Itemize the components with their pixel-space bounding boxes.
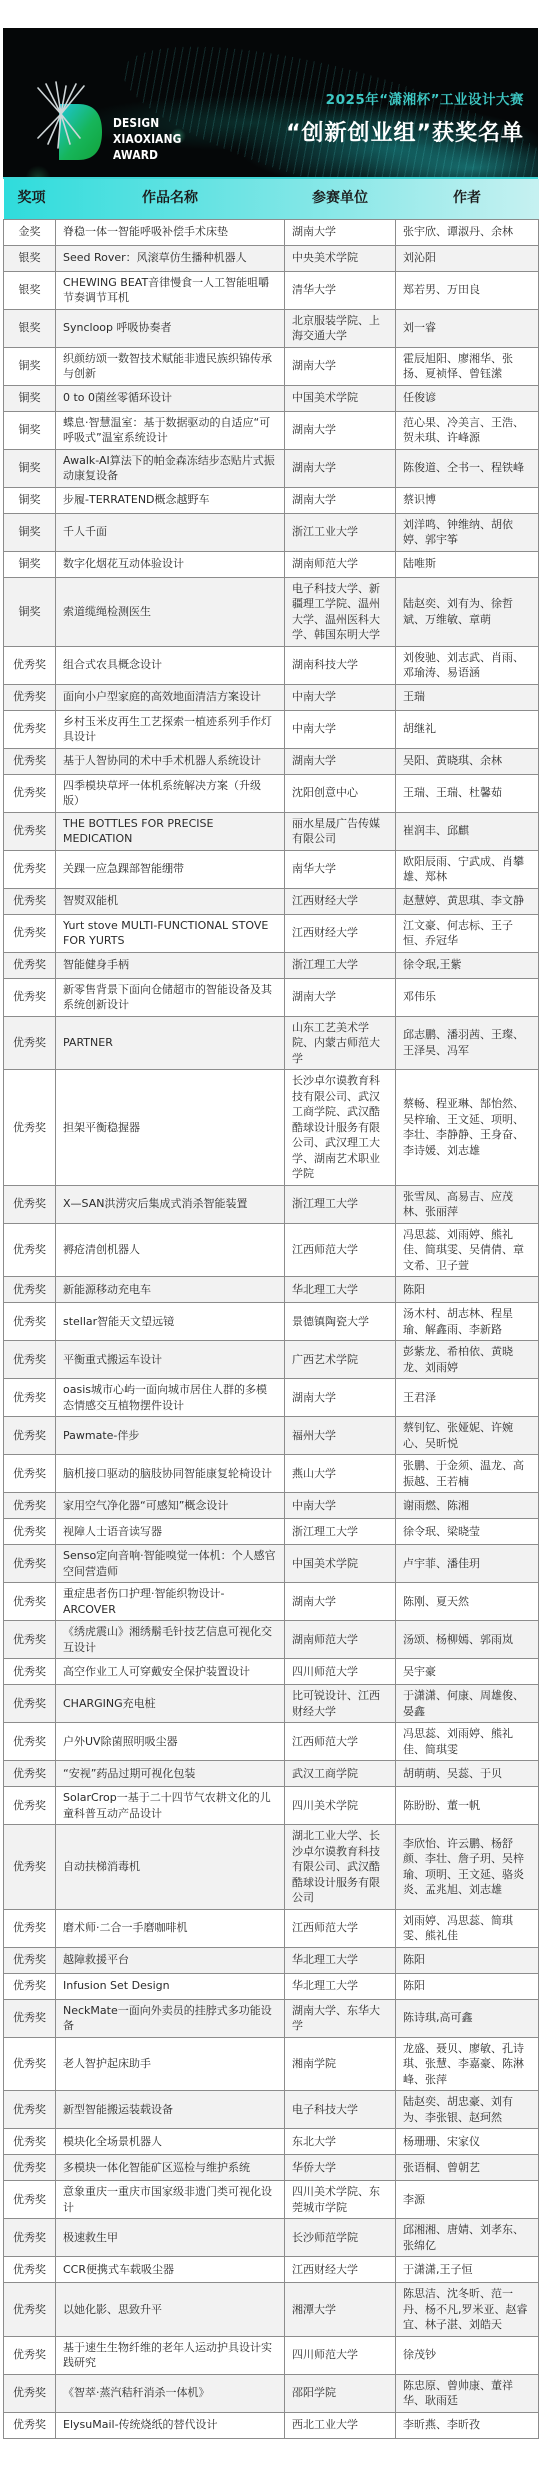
table-row: 优秀奖重症患者伤口护理·智能织物设计-ARCOVER湖南大学陈刚、夏天然 (4, 1583, 539, 1621)
author-cell: 陆赵奕、刘有为、徐哲斌、万维敏、章萌 (396, 577, 539, 646)
work-title-cell: 高空作业工人可穿戴安全保护装置设计 (56, 1659, 285, 1685)
author-cell: 汤颂、杨柳嫣、郭雨岚 (396, 1621, 539, 1659)
author-cell: 蔡识博 (396, 487, 539, 513)
participating-unit-cell: 湖南大学 (285, 1583, 396, 1621)
work-title-cell: 四季模块草坪一体机系统解决方案（升级版） (56, 774, 285, 812)
author-cell: 卢宇菲、潘佳玥 (396, 1545, 539, 1583)
author-cell: 陈刚、夏天然 (396, 1583, 539, 1621)
award-cell: 铜奖 (4, 411, 56, 449)
participating-unit-cell: 四川师范大学 (285, 1659, 396, 1685)
work-title-cell: 褥疮清创机器人 (56, 1223, 285, 1277)
work-title-cell: 《智萃·蒸汽秸秆消杀一体机》 (56, 2374, 285, 2412)
table-row: 优秀奖“安视”药品过期可视化包装武汉工商学院胡萌萌、吴蕊、于贝 (4, 1761, 539, 1787)
participating-unit-cell: 湖南大学 (285, 347, 396, 385)
award-cell: 优秀奖 (4, 1909, 56, 1947)
participating-unit-cell: 浙江工业大学 (285, 513, 396, 551)
award-cell: 优秀奖 (4, 646, 56, 684)
work-title-cell: X—SAN洪涝灾后集成式消杀智能装置 (56, 1185, 285, 1223)
table-row: 铜奖织颜纺颂一数智技术赋能非遗民族织锦传承与创新湖南大学霍辰旭阳、廖湘华、张扬、… (4, 347, 539, 385)
logo-d-mark-icon (36, 64, 106, 162)
author-cell: 陈阳 (396, 1277, 539, 1303)
table-row: 优秀奖意象重庆一重庆市国家级非遗门类可视化设计四川美术学院、东莞城市学院李源 (4, 2181, 539, 2219)
award-cell: 铜奖 (4, 487, 56, 513)
award-cell: 优秀奖 (4, 1685, 56, 1723)
author-cell: 王瑞、王瑞、杜馨茹 (396, 774, 539, 812)
participating-unit-cell: 湖南大学 (285, 487, 396, 513)
award-cell: 优秀奖 (4, 1761, 56, 1787)
work-title-cell: 织颜纺颂一数智技术赋能非遗民族织锦传承与创新 (56, 347, 285, 385)
author-cell: 刘沁阳 (396, 245, 539, 271)
table-header: 奖项 作品名称 参赛单位 作者 (4, 179, 539, 219)
award-cell: 优秀奖 (4, 1787, 56, 1825)
table-row: 优秀奖基于人智协同的术中手术机器人系统设计湖南大学吴阳、黄晓琪、余林 (4, 748, 539, 774)
author-cell: 陆赵奕、胡忠豪、刘有为、李张银、赵珂然 (396, 2091, 539, 2129)
work-title-cell: 蝶息·智慧温室：基于数据驱动的自适应“可呼吸式”温室系统设计 (56, 411, 285, 449)
table-row: 银奖CHEWING BEAT音律慢食一人工智能咀嚼节奏调节耳机清华大学郑若男、万… (4, 271, 539, 309)
banner-title-block: 2025年“潇湘杯”工业设计大赛 “创新创业组”获奖名单 (286, 88, 524, 147)
author-cell: 蔡钊钇、张娅妮、许婉心、吴昕悦 (396, 1417, 539, 1455)
author-cell: 陈忠原、曾帅康、董祥华、耿雨廷 (396, 2374, 539, 2412)
work-title-cell: stellar智能天文望远镜 (56, 1303, 285, 1341)
award-cell: 优秀奖 (4, 1417, 56, 1455)
participating-unit-cell: 中国美术学院 (285, 1545, 396, 1583)
author-cell: 李昕燕、李昕孜 (396, 2412, 539, 2438)
author-cell: 刘俊驰、刘志武、肖雨、邓瑜涛、易语涵 (396, 646, 539, 684)
author-cell: 徐茂钞 (396, 2336, 539, 2374)
award-cell: 铜奖 (4, 577, 56, 646)
logo-line-2: XIAOXIANG (113, 131, 182, 147)
participating-unit-cell: 湖南科技大学 (285, 646, 396, 684)
participating-unit-cell: 四川师范大学 (285, 2336, 396, 2374)
work-title-cell: 0 to 0菌丝零循环设计 (56, 385, 285, 411)
participating-unit-cell: 湘南学院 (285, 2037, 396, 2091)
author-cell: 江文豪、何志标、王子恒、乔冠华 (396, 914, 539, 952)
award-cell: 金奖 (4, 219, 56, 245)
work-title-cell: Yurt stove MULTI-FUNCTIONAL STOVE FOR YU… (56, 914, 285, 952)
work-title-cell: 担架平衡稳握器 (56, 1070, 285, 1186)
table-row: 优秀奖智能健身手柄浙江理工大学徐令珉,王紫 (4, 952, 539, 978)
table-row: 优秀奖Pawmate-伴步福州大学蔡钊钇、张娅妮、许婉心、吴昕悦 (4, 1417, 539, 1455)
work-title-cell: Infusion Set Design (56, 1973, 285, 1999)
table-row: 铜奖蝶息·智慧温室：基于数据驱动的自适应“可呼吸式”温室系统设计湖南大学范心果、… (4, 411, 539, 449)
participating-unit-cell: 比可锐设计、江西财经大学 (285, 1685, 396, 1723)
award-cell: 优秀奖 (4, 2091, 56, 2129)
award-cell: 优秀奖 (4, 1277, 56, 1303)
author-cell: 胡继礼 (396, 710, 539, 748)
work-title-cell: SolarCrop一基于二十四节气农耕文化的儿童科普互动产品设计 (56, 1787, 285, 1825)
author-cell: 陈俊道、仝书一、程铁峰 (396, 449, 539, 487)
work-title-cell: 户外UV除菌照明吸尘器 (56, 1723, 285, 1761)
header-author: 作者 (396, 179, 539, 219)
author-cell: 汤木村、胡志林、程星瑜、解鑫雨、李新路 (396, 1303, 539, 1341)
author-cell: 冯思蕊、刘雨婷、熊礼佳、简琪雯、吴倩倩、章文希、卫子萱 (396, 1223, 539, 1277)
work-title-cell: 视障人士语音读写器 (56, 1519, 285, 1545)
table-row: 银奖Seed Rover：风滚草仿生播种机器人中央美术学院刘沁阳 (4, 245, 539, 271)
participating-unit-cell: 景德镇陶瓷大学 (285, 1303, 396, 1341)
table-row: 铜奖数字化烟花互动体验设计湖南师范大学陆唯斯 (4, 551, 539, 577)
award-cell: 优秀奖 (4, 812, 56, 850)
award-cell: 优秀奖 (4, 1723, 56, 1761)
table-row: 优秀奖家用空气净化器“可感知”概念设计中南大学谢雨燃、陈湘 (4, 1493, 539, 1519)
participating-unit-cell: 四川美术学院 (285, 1787, 396, 1825)
award-cell: 优秀奖 (4, 1999, 56, 2037)
participating-unit-cell: 东北大学 (285, 2129, 396, 2155)
participating-unit-cell: 中南大学 (285, 710, 396, 748)
author-cell: 张鹏、于金须、温龙、高振越、王若楠 (396, 1455, 539, 1493)
table-row: 铜奖索道缆绳检测医生电子科技大学、新疆理工学院、温州大学、温州医科大学、韩国东明… (4, 577, 539, 646)
work-title-cell: “安视”药品过期可视化包装 (56, 1761, 285, 1787)
work-title-cell: 关踝一应急踝部智能绷带 (56, 850, 285, 888)
author-cell: 冯思蕊、刘雨婷、熊礼佳、简琪雯 (396, 1723, 539, 1761)
work-title-cell: 越障救援平台 (56, 1947, 285, 1973)
author-cell: 范心果、冷美言、王浩、贺未琪、许峰源 (396, 411, 539, 449)
participating-unit-cell: 浙江理工大学 (285, 952, 396, 978)
work-title-cell: 极速救生甲 (56, 2219, 285, 2257)
author-cell: 王瑞 (396, 684, 539, 710)
participating-unit-cell: 西北工业大学 (285, 2412, 396, 2438)
table-row: 优秀奖PARTNER山东工艺美术学院、内蒙古师范大学邱志鹏、潘羽茜、王璨、王泽昊… (4, 1016, 539, 1070)
author-cell: 霍辰旭阳、廖湘华、张扬、夏祯怿、曾钰潆 (396, 347, 539, 385)
table-row: 优秀奖《智萃·蒸汽秸秆消杀一体机》邵阳学院陈忠原、曾帅康、董祥华、耿雨廷 (4, 2374, 539, 2412)
table-row: 优秀奖新型智能搬运装载设备电子科技大学陆赵奕、胡忠豪、刘有为、李张银、赵珂然 (4, 2091, 539, 2129)
author-cell: 彭紫龙、希柏依、黄晓龙、刘雨婷 (396, 1341, 539, 1379)
participating-unit-cell: 沈阳创意中心 (285, 774, 396, 812)
participating-unit-cell: 武汉工商学院 (285, 1761, 396, 1787)
award-cell: 优秀奖 (4, 1223, 56, 1277)
work-title-cell: 组合式农具概念设计 (56, 646, 285, 684)
award-cell: 优秀奖 (4, 1341, 56, 1379)
work-title-cell: Syncloop 呼吸协奏者 (56, 309, 285, 347)
award-cell: 优秀奖 (4, 914, 56, 952)
participating-unit-cell: 中国美术学院 (285, 385, 396, 411)
table-row: 铜奖Awalk-AI算法下的帕金森冻结步态贴片式振动康复设备湖南大学陈俊道、仝书… (4, 449, 539, 487)
award-cell: 优秀奖 (4, 1303, 56, 1341)
table-row: 优秀奖oasis城市心屿一面向城市居住人群的多模态情感交互植物摆件设计湖南大学王… (4, 1379, 539, 1417)
award-cell: 优秀奖 (4, 2412, 56, 2438)
table-row: 金奖脊稳一体一智能呼吸补偿手术床垫湖南大学张宇欣、谭淑丹、余林 (4, 219, 539, 245)
table-row: 优秀奖视障人士语音读写器浙江理工大学徐令珉、梁晓莹 (4, 1519, 539, 1545)
work-title-cell: CCR便携式车载吸尘器 (56, 2257, 285, 2283)
participating-unit-cell: 江西师范大学 (285, 1909, 396, 1947)
work-title-cell: 重症患者伤口护理·智能织物设计-ARCOVER (56, 1583, 285, 1621)
table-body: 金奖脊稳一体一智能呼吸补偿手术床垫湖南大学张宇欣、谭淑丹、余林银奖Seed Ro… (4, 219, 539, 2438)
table-row: 优秀奖《绣虎震山》湘绣鬅毛针技艺信息可视化交互设计湖南师范大学汤颂、杨柳嫣、郭雨… (4, 1621, 539, 1659)
work-title-cell: 脊稳一体一智能呼吸补偿手术床垫 (56, 219, 285, 245)
author-cell: 陈盼盼、董一帆 (396, 1787, 539, 1825)
table-row: 优秀奖新零售背景下面向仓储超市的智能设备及其系统创新设计湖南大学邓伟乐 (4, 978, 539, 1016)
work-title-cell: NeckMate一面向外卖员的挂脖式多功能设备 (56, 1999, 285, 2037)
participating-unit-cell: 福州大学 (285, 1417, 396, 1455)
table-row: 优秀奖X—SAN洪涝灾后集成式消杀智能装置浙江理工大学张雪凤、高易吉、应茂林、张… (4, 1185, 539, 1223)
table-row: 优秀奖磨术师·二合一手磨咖啡机江西师范大学刘雨婷、冯思蕊、简琪雯、熊礼佳 (4, 1909, 539, 1947)
participating-unit-cell: 电子科技大学、新疆理工学院、温州大学、温州医科大学、韩国东明大学 (285, 577, 396, 646)
work-title-cell: 平衡重式搬运车设计 (56, 1341, 285, 1379)
page-title: “创新创业组”获奖名单 (286, 116, 524, 147)
work-title-cell: 智熨双能机 (56, 888, 285, 914)
award-cell: 优秀奖 (4, 684, 56, 710)
work-title-cell: 新能源移动充电车 (56, 1277, 285, 1303)
table-row: 优秀奖极速救生甲长沙师范学院邱湘湘、唐婧、刘孝东、张绵亿 (4, 2219, 539, 2257)
participating-unit-cell: 湘潭大学 (285, 2283, 396, 2337)
participating-unit-cell: 湖南师范大学 (285, 1621, 396, 1659)
work-title-cell: Seed Rover：风滚草仿生播种机器人 (56, 245, 285, 271)
logo-line-1: DESIGN (113, 115, 182, 131)
work-title-cell: 智能健身手柄 (56, 952, 285, 978)
work-title-cell: 千人千面 (56, 513, 285, 551)
work-title-cell: ElysuMail-传统烧纸的替代设计 (56, 2412, 285, 2438)
award-cell: 优秀奖 (4, 1070, 56, 1186)
participating-unit-cell: 江西财经大学 (285, 2257, 396, 2283)
table-row: 优秀奖THE BOTTLES FOR PRECISE MEDICATION丽水星… (4, 812, 539, 850)
table-row: 优秀奖乡村玉米皮再生工艺探索一植迹系列手作灯具设计中南大学胡继礼 (4, 710, 539, 748)
author-cell: 刘一睿 (396, 309, 539, 347)
table-row: 银奖Syncloop 呼吸协奏者北京服装学院、上海交通大学刘一睿 (4, 309, 539, 347)
table-row: 优秀奖四季模块草坪一体机系统解决方案（升级版）沈阳创意中心王瑞、王瑞、杜馨茹 (4, 774, 539, 812)
participating-unit-cell: 湖南大学 (285, 411, 396, 449)
award-cell: 优秀奖 (4, 2037, 56, 2091)
participating-unit-cell: 江西财经大学 (285, 888, 396, 914)
table-row: 优秀奖新能源移动充电车华北理工大学陈阳 (4, 1277, 539, 1303)
table-row: 优秀奖组合式农具概念设计湖南科技大学刘俊驰、刘志武、肖雨、邓瑜涛、易语涵 (4, 646, 539, 684)
award-cell: 优秀奖 (4, 1545, 56, 1583)
logo-line-3: AWARD (113, 147, 182, 163)
award-cell: 铜奖 (4, 513, 56, 551)
work-title-cell: 以她化影、思致升平 (56, 2283, 285, 2337)
work-title-cell: 多模块一体化智能矿区巡检与维护系统 (56, 2155, 285, 2181)
work-title-cell: 脑机接口驱动的脑肢协同智能康复轮椅设计 (56, 1455, 285, 1493)
table-row: 铜奖千人千面浙江工业大学刘洋鸣、钟维纳、胡依婷、郭宇筝 (4, 513, 539, 551)
participating-unit-cell: 浙江理工大学 (285, 1519, 396, 1545)
author-cell: 陈诗琪,高可鑫 (396, 1999, 539, 2037)
author-cell: 陈思洁、沈冬昕、范一丹、杨不凡,罗米亚、赵睿宜、林子湛、刘皓天 (396, 2283, 539, 2337)
award-cell: 优秀奖 (4, 1455, 56, 1493)
table-row: 优秀奖Yurt stove MULTI-FUNCTIONAL STOVE FOR… (4, 914, 539, 952)
participating-unit-cell: 中南大学 (285, 684, 396, 710)
award-cell: 优秀奖 (4, 1519, 56, 1545)
header-unit: 参赛单位 (285, 179, 396, 219)
author-cell: 邓伟乐 (396, 978, 539, 1016)
author-cell: 于潇潇、何康、周雄俊、晏鑫 (396, 1685, 539, 1723)
table-row: 优秀奖面向小户型家庭的高效地面清洁方案设计中南大学王瑞 (4, 684, 539, 710)
award-cell: 优秀奖 (4, 2181, 56, 2219)
table-row: 优秀奖CCR便携式车载吸尘器江西财经大学于潇潇,王子恒 (4, 2257, 539, 2283)
author-cell: 龙盛、聂贝、廖敏、孔诗琪、张慧、李嘉豪、陈淋峰、张萍 (396, 2037, 539, 2091)
table-row: 优秀奖平衡重式搬运车设计广西艺术学院彭紫龙、希柏依、黄晓龙、刘雨婷 (4, 1341, 539, 1379)
award-cell: 优秀奖 (4, 1973, 56, 1999)
participating-unit-cell: 邵阳学院 (285, 2374, 396, 2412)
table-row: 优秀奖基于速生生物纤维的老年人运动护具设计实践研究四川师范大学徐茂钞 (4, 2336, 539, 2374)
author-cell: 赵慧婷、黄思琪、李文静 (396, 888, 539, 914)
logo-wordmark: DESIGN XIAOXIANG AWARD (113, 115, 182, 163)
award-cell: 优秀奖 (4, 2283, 56, 2337)
award-cell: 优秀奖 (4, 710, 56, 748)
participating-unit-cell: 北京服装学院、上海交通大学 (285, 309, 396, 347)
author-cell: 刘洋鸣、钟维纳、胡依婷、郭宇筝 (396, 513, 539, 551)
participating-unit-cell: 华北理工大学 (285, 1277, 396, 1303)
work-title-cell: 面向小户型家庭的高效地面清洁方案设计 (56, 684, 285, 710)
work-title-cell: 新型智能搬运装载设备 (56, 2091, 285, 2129)
award-cell: 优秀奖 (4, 774, 56, 812)
table-row: 优秀奖Senso定向音响·智能嗅觉一体机：个人感官空间营造师中国美术学院卢宇菲、… (4, 1545, 539, 1583)
top-whitespace (0, 0, 541, 28)
participating-unit-cell: 长沙卓尔谟教育科技有限公司、武汉工商学院、武汉酷酷球设计服务有限公司、武汉理工大… (285, 1070, 396, 1186)
participating-unit-cell: 清华大学 (285, 271, 396, 309)
award-cell: 优秀奖 (4, 1583, 56, 1621)
author-cell: 李源 (396, 2181, 539, 2219)
author-cell: 邱志鹏、潘羽茜、王璨、王泽昊、冯军 (396, 1016, 539, 1070)
table-row: 优秀奖模块化全场景机器人东北大学杨珊珊、宋家仪 (4, 2129, 539, 2155)
author-cell: 崔润丰、邱麒 (396, 812, 539, 850)
award-cell: 优秀奖 (4, 2374, 56, 2412)
award-cell: 铜奖 (4, 551, 56, 577)
header-award: 奖项 (4, 179, 56, 219)
participating-unit-cell: 华侨大学 (285, 2155, 396, 2181)
award-cell: 优秀奖 (4, 1659, 56, 1685)
award-cell: 铜奖 (4, 449, 56, 487)
work-title-cell: 数字化烟花互动体验设计 (56, 551, 285, 577)
author-cell: 徐令珉,王紫 (396, 952, 539, 978)
table-row: 优秀奖stellar智能天文望远镜景德镇陶瓷大学汤木村、胡志林、程星瑜、解鑫雨、… (4, 1303, 539, 1341)
work-title-cell: Senso定向音响·智能嗅觉一体机：个人感官空间营造师 (56, 1545, 285, 1583)
award-cell: 优秀奖 (4, 850, 56, 888)
award-cell: 优秀奖 (4, 952, 56, 978)
participating-unit-cell: 丽水星晟广告传媒有限公司 (285, 812, 396, 850)
award-cell: 优秀奖 (4, 2336, 56, 2374)
author-cell: 郑若男、万田良 (396, 271, 539, 309)
table-row: 铜奖步履-TERRATEND概念越野车湖南大学蔡识博 (4, 487, 539, 513)
table-row: 优秀奖脑机接口驱动的脑肢协同智能康复轮椅设计燕山大学张鹏、于金须、温龙、高振越、… (4, 1455, 539, 1493)
table-row: 优秀奖户外UV除菌照明吸尘器江西师范大学冯思蕊、刘雨婷、熊礼佳、简琪雯 (4, 1723, 539, 1761)
author-cell: 杨珊珊、宋家仪 (396, 2129, 539, 2155)
award-cell: 银奖 (4, 245, 56, 271)
participating-unit-cell: 广西艺术学院 (285, 1341, 396, 1379)
author-cell: 张宇欣、谭淑丹、余林 (396, 219, 539, 245)
award-cell: 优秀奖 (4, 888, 56, 914)
work-title-cell: CHEWING BEAT音律慢食一人工智能咀嚼节奏调节耳机 (56, 271, 285, 309)
work-title-cell: 《绣虎震山》湘绣鬅毛针技艺信息可视化交互设计 (56, 1621, 285, 1659)
table-row: 优秀奖高空作业工人可穿戴安全保护装置设计四川师范大学吴宇豪 (4, 1659, 539, 1685)
author-cell: 陈阳 (396, 1947, 539, 1973)
work-title-cell: 步履-TERRATEND概念越野车 (56, 487, 285, 513)
work-title-cell: 磨术师·二合一手磨咖啡机 (56, 1909, 285, 1947)
award-cell: 优秀奖 (4, 2257, 56, 2283)
work-title-cell: Awalk-AI算法下的帕金森冻结步态贴片式振动康复设备 (56, 449, 285, 487)
award-cell: 优秀奖 (4, 748, 56, 774)
participating-unit-cell: 江西财经大学 (285, 914, 396, 952)
award-cell: 优秀奖 (4, 1016, 56, 1070)
award-cell: 优秀奖 (4, 1947, 56, 1973)
participating-unit-cell: 中南大学 (285, 1493, 396, 1519)
award-cell: 优秀奖 (4, 2129, 56, 2155)
table-row: 优秀奖越障救援平台华北理工大学陈阳 (4, 1947, 539, 1973)
work-title-cell: 模块化全场景机器人 (56, 2129, 285, 2155)
author-cell: 于潇潇,王子恒 (396, 2257, 539, 2283)
participating-unit-cell: 燕山大学 (285, 1455, 396, 1493)
participating-unit-cell: 四川美术学院、东莞城市学院 (285, 2181, 396, 2219)
work-title-cell: 索道缆绳检测医生 (56, 577, 285, 646)
participating-unit-cell: 湖南大学 (285, 219, 396, 245)
participating-unit-cell: 华北理工大学 (285, 1973, 396, 1999)
award-cell: 铜奖 (4, 347, 56, 385)
work-title-cell: Pawmate-伴步 (56, 1417, 285, 1455)
table-row: 优秀奖以她化影、思致升平湘潭大学陈思洁、沈冬昕、范一丹、杨不凡,罗米亚、赵睿宜、… (4, 2283, 539, 2337)
participating-unit-cell: 中央美术学院 (285, 245, 396, 271)
award-cell: 优秀奖 (4, 2219, 56, 2257)
work-title-cell: PARTNER (56, 1016, 285, 1070)
participating-unit-cell: 湖南大学 (285, 449, 396, 487)
competition-subtitle: 2025年“潇湘杯”工业设计大赛 (286, 88, 524, 108)
participating-unit-cell: 湖南大学 (285, 1379, 396, 1417)
author-cell: 谢雨燃、陈湘 (396, 1493, 539, 1519)
author-cell: 吴阳、黄晓琪、余林 (396, 748, 539, 774)
table-row: 优秀奖自动扶梯消毒机湖北工业大学、长沙卓尔谟教育科技有限公司、武汉酷酷球设计服务… (4, 1825, 539, 1910)
award-cell: 银奖 (4, 271, 56, 309)
author-cell: 胡萌萌、吴蕊、于贝 (396, 1761, 539, 1787)
author-cell: 张雪凤、高易吉、应茂林、张丽萍 (396, 1185, 539, 1223)
work-title-cell: 家用空气净化器“可感知”概念设计 (56, 1493, 285, 1519)
table-row: 优秀奖老人智护起床助手湘南学院龙盛、聂贝、廖敏、孔诗琪、张慧、李嘉豪、陈淋峰、张… (4, 2037, 539, 2091)
table-row: 优秀奖关踝一应急踝部智能绷带南华大学欧阳辰雨、宁武成、肖攀雄、郑林 (4, 850, 539, 888)
author-cell: 欧阳辰雨、宁武成、肖攀雄、郑林 (396, 850, 539, 888)
author-cell: 蔡畅、程亚琳、郜怡然、吴梓瑜、王文延、项明、李壮、李静静、王身奋、李诗媛、刘志雄 (396, 1070, 539, 1186)
award-cell: 银奖 (4, 309, 56, 347)
work-title-cell: oasis城市心屿一面向城市居住人群的多模态情感交互植物摆件设计 (56, 1379, 285, 1417)
author-cell: 吴宇豪 (396, 1659, 539, 1685)
award-cell: 优秀奖 (4, 1185, 56, 1223)
participating-unit-cell: 华北理工大学 (285, 1947, 396, 1973)
participating-unit-cell: 长沙师范学院 (285, 2219, 396, 2257)
author-cell: 任俊谚 (396, 385, 539, 411)
table-row: 优秀奖褥疮清创机器人江西师范大学冯思蕊、刘雨婷、熊礼佳、简琪雯、吴倩倩、章文希、… (4, 1223, 539, 1277)
participating-unit-cell: 浙江理工大学 (285, 1185, 396, 1223)
author-cell: 邱湘湘、唐婧、刘孝东、张绵亿 (396, 2219, 539, 2257)
award-cell: 优秀奖 (4, 1825, 56, 1910)
participating-unit-cell: 江西师范大学 (285, 1723, 396, 1761)
author-cell: 王君泽 (396, 1379, 539, 1417)
award-banner: DESIGN XIAOXIANG AWARD 2025年“潇湘杯”工业设计大赛 … (3, 28, 538, 179)
table-row: 优秀奖Infusion Set Design华北理工大学陈阳 (4, 1973, 539, 1999)
award-cell: 优秀奖 (4, 1379, 56, 1417)
table-row: 优秀奖NeckMate一面向外卖员的挂脖式多功能设备湖南大学、东华大学陈诗琪,高… (4, 1999, 539, 2037)
participating-unit-cell: 湖南大学 (285, 748, 396, 774)
participating-unit-cell: 南华大学 (285, 850, 396, 888)
work-title-cell: CHARGING充电桩 (56, 1685, 285, 1723)
work-title-cell: 自动扶梯消毒机 (56, 1825, 285, 1910)
author-cell: 刘雨婷、冯思蕊、简琪雯、熊礼佳 (396, 1909, 539, 1947)
award-cell: 铜奖 (4, 385, 56, 411)
author-cell: 陆唯斯 (396, 551, 539, 577)
participating-unit-cell: 湖南师范大学 (285, 551, 396, 577)
table-row: 优秀奖CHARGING充电桩比可锐设计、江西财经大学于潇潇、何康、周雄俊、晏鑫 (4, 1685, 539, 1723)
author-cell: 张语桐、曾朝艺 (396, 2155, 539, 2181)
awards-table: 奖项 作品名称 参赛单位 作者 金奖脊稳一体一智能呼吸补偿手术床垫湖南大学张宇欣… (3, 179, 539, 2439)
work-title-cell: 乡村玉米皮再生工艺探索一植迹系列手作灯具设计 (56, 710, 285, 748)
table-row: 优秀奖智熨双能机江西财经大学赵慧婷、黄思琪、李文静 (4, 888, 539, 914)
participating-unit-cell: 山东工艺美术学院、内蒙古师范大学 (285, 1016, 396, 1070)
participating-unit-cell: 湖南大学 (285, 978, 396, 1016)
award-cell: 优秀奖 (4, 1621, 56, 1659)
table-row: 优秀奖担架平衡稳握器长沙卓尔谟教育科技有限公司、武汉工商学院、武汉酷酷球设计服务… (4, 1070, 539, 1186)
table-row: 优秀奖ElysuMail-传统烧纸的替代设计西北工业大学李昕燕、李昕孜 (4, 2412, 539, 2438)
table-row: 铜奖0 to 0菌丝零循环设计中国美术学院任俊谚 (4, 385, 539, 411)
participating-unit-cell: 湖南大学、东华大学 (285, 1999, 396, 2037)
work-title-cell: 意象重庆一重庆市国家级非遗门类可视化设计 (56, 2181, 285, 2219)
work-title-cell: 基于人智协同的术中手术机器人系统设计 (56, 748, 285, 774)
header-work: 作品名称 (56, 179, 285, 219)
work-title-cell: THE BOTTLES FOR PRECISE MEDICATION (56, 812, 285, 850)
award-cell: 优秀奖 (4, 1493, 56, 1519)
author-cell: 徐令珉、梁晓莹 (396, 1519, 539, 1545)
